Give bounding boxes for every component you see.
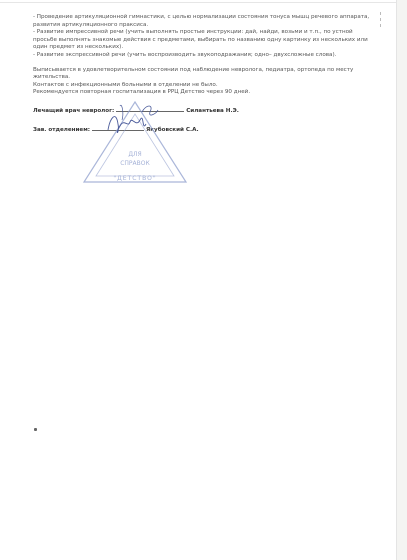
stamp-icon: ДЛЯ СПРАВОК "ДЕТСТВО": [80, 98, 190, 188]
rehospitalization-note: Рекомендуется повторная госпитализация в…: [33, 89, 373, 97]
doctor-name: Силантьева Н.Э.: [186, 108, 239, 114]
scan-artifact: [34, 428, 37, 431]
document-body: - Проведение артикуляционной гимнастики,…: [33, 14, 373, 97]
recommendation-1: - Проведение артикуляционной гимнастики,…: [33, 14, 373, 29]
document-page: - Проведение артикуляционной гимнастики,…: [0, 0, 397, 560]
page-edge-line: [0, 2, 396, 3]
svg-text:"ДЕТСТВО": "ДЕТСТВО": [113, 175, 156, 182]
recommendation-3: - Развитие экспрессивной речи (учить вос…: [33, 52, 373, 60]
edge-mark: [380, 12, 382, 32]
svg-text:СПРАВОК: СПРАВОК: [120, 160, 150, 167]
discharge-status: Выписывается в удовлетворительном состоя…: [33, 67, 373, 82]
recommendation-2: - Развитие импрессивной речи (учить выпо…: [33, 29, 373, 52]
svg-text:ДЛЯ: ДЛЯ: [128, 151, 141, 158]
